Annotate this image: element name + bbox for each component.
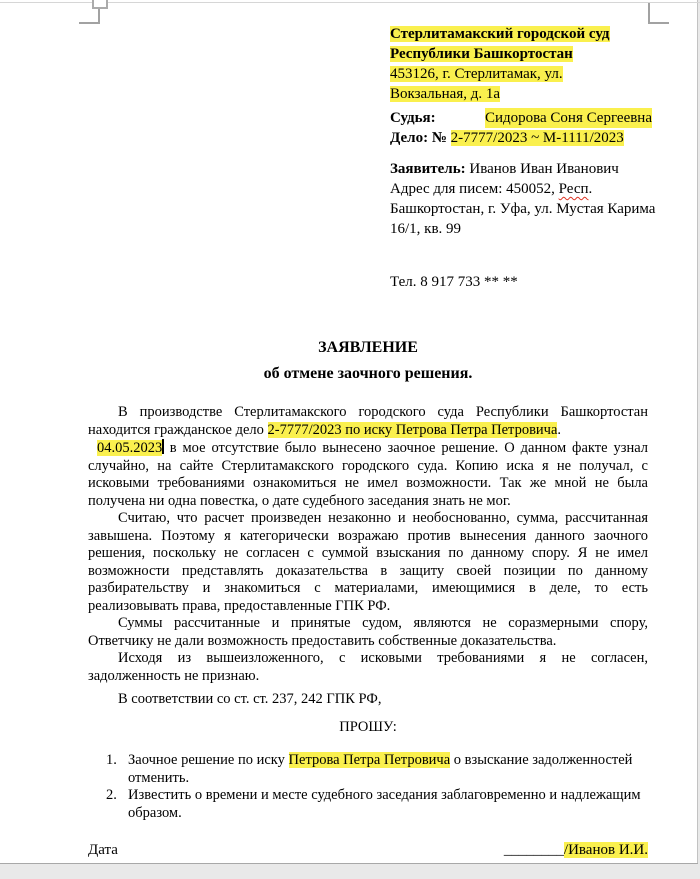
applicant-address-line2[interactable]: Башкортостан, г. Уфа, ул. Мустая Карима (390, 199, 652, 219)
judge-line[interactable]: Судья: Сидорова Соня Сергеевна (390, 108, 652, 128)
signature-blank-line: ________ (504, 842, 564, 858)
misspelled-word: Респ (559, 181, 589, 197)
document-subtitle[interactable]: об отмене заочного решения. (88, 363, 648, 384)
paragraph-4[interactable]: Суммы рассчитанные и принятые судом, явл… (88, 615, 648, 650)
applicant-address-line3[interactable]: 16/1, кв. 99 (390, 219, 652, 239)
court-address-block: Стерлитамакский городской суд Республики… (390, 24, 652, 292)
document-content: Стерлитамакский городской суд Республики… (88, 24, 648, 860)
court-name-line2[interactable]: Республики Башкортостан (390, 44, 652, 64)
paragraph-2[interactable]: 04.05.2023 в мое отсутствие было вынесен… (88, 439, 648, 510)
request-list: 1. Заочное решение по иску Петрова Петра… (88, 752, 648, 822)
court-address-line1[interactable]: 453126, г. Стерлитамак, ул. (390, 64, 652, 84)
decision-date-highlight: 04.05.2023 (97, 440, 162, 456)
judge-name: Сидорова Соня Сергеевна (485, 108, 652, 128)
applicant-block: Заявитель: Иванов Иван Иванович Адрес дл… (390, 159, 652, 239)
case-number-line[interactable]: Дело: № 2-7777/2023 ~ М-1111/2023 (390, 128, 652, 148)
signature-block[interactable]: ________/Иванов И.И. (504, 840, 648, 860)
plaintiff-name-highlight: Петрова Петра Петровича (289, 752, 451, 768)
applicant-line[interactable]: Заявитель: Иванов Иван Иванович (390, 159, 652, 179)
legal-basis-line[interactable]: В соответствии со ст. ст. 237, 242 ГПК Р… (88, 691, 648, 709)
page-top-handle (92, 0, 108, 9)
judge-label: Судья: (390, 108, 436, 128)
court-address-line2[interactable]: Вокзальная, д. 1а (390, 84, 652, 104)
title-block: ЗАЯВЛЕНИЕ об отмене заочного решения. (88, 337, 648, 384)
paragraph-3[interactable]: Считаю, что расчет произведен незаконно … (88, 510, 648, 615)
date-label[interactable]: Дата (88, 840, 118, 860)
case-number-label: Дело: № (390, 130, 447, 146)
request-item-1[interactable]: 1. Заочное решение по иску Петрова Петра… (88, 752, 648, 787)
document-page[interactable]: Стерлитамакский городской суд Республики… (0, 0, 698, 863)
footer-row: Дата ________/Иванов И.И. (88, 840, 648, 860)
case-number: 2-7777/2023 ~ М-1111/2023 (451, 130, 624, 146)
text-boundary-mark-top-right (648, 3, 669, 24)
request-item-2[interactable]: 2. Известить о времени и месте судебного… (88, 787, 648, 822)
paragraph-5[interactable]: Исходя из вышеизложенного, с исковыми тр… (88, 650, 648, 685)
body-text: В производстве Стерлитамакского городско… (88, 404, 648, 685)
phone-line[interactable]: Тел. 8 917 733 ** ** (390, 272, 652, 292)
request-header[interactable]: ПРОШУ: (88, 719, 648, 737)
applicant-address-line1[interactable]: Адрес для писем: 450052, Респ. (390, 179, 652, 199)
signature-name-highlight: /Иванов И.И. (564, 842, 648, 858)
document-title[interactable]: ЗАЯВЛЕНИЕ (88, 337, 648, 358)
court-name-line1[interactable]: Стерлитамакский городской суд (390, 24, 652, 44)
request-item-1-number: 1. (106, 752, 128, 787)
case-reference-highlight: 2-7777/2023 по иску Петрова Петра Петров… (268, 422, 558, 438)
paragraph-1[interactable]: В производстве Стерлитамакского городско… (88, 404, 648, 439)
request-item-2-number: 2. (106, 787, 128, 822)
